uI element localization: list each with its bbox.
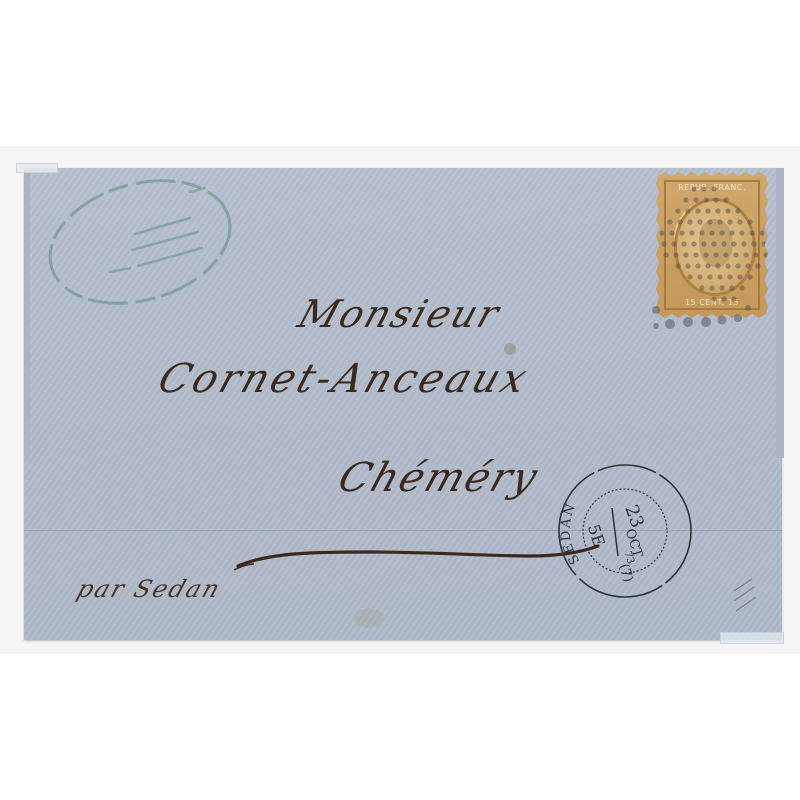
left-flap-edge	[24, 168, 30, 456]
postage-stamp: REPUB. FRANC. 15 CENT. 15	[656, 172, 768, 318]
pencil-marks	[728, 575, 768, 615]
oval-hand-stamp	[40, 172, 240, 312]
address-town: Chéméry	[333, 455, 545, 501]
lozenge-cancel	[656, 172, 768, 318]
address-name: Cornet-Anceaux	[153, 356, 536, 402]
cancel-overflow-dots	[648, 300, 758, 336]
right-flap-edge	[776, 168, 784, 458]
underline-flourish	[230, 530, 600, 580]
routing-note: par Sedan	[73, 575, 225, 603]
mount-hinge-bottom	[720, 632, 784, 644]
postmark-town: SEDAN	[558, 500, 583, 567]
ink-spot	[504, 343, 516, 355]
address-salutation: Monsieur	[293, 292, 506, 336]
svg-text:SEDAN: SEDAN	[558, 500, 583, 567]
stain	[354, 608, 384, 628]
